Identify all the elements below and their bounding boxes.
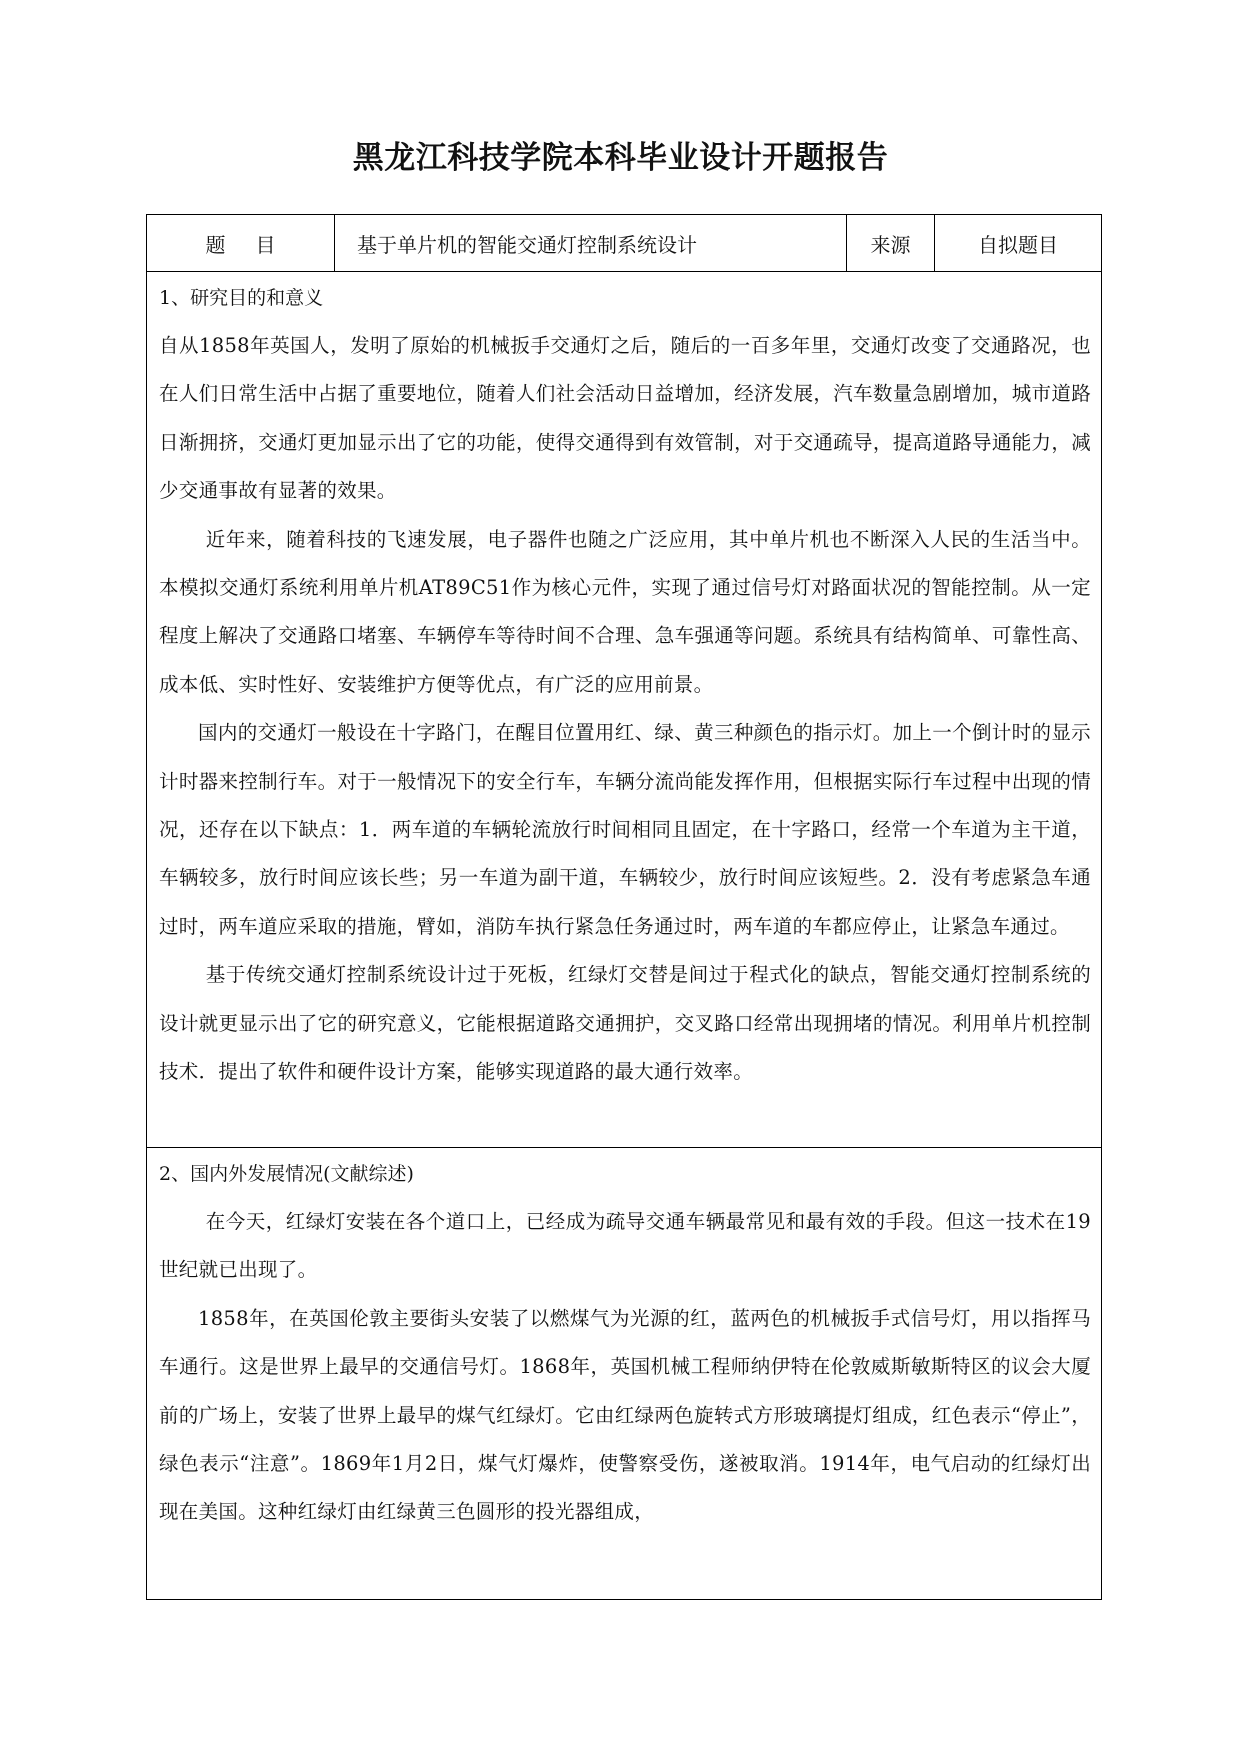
topic-row: 题目 基于单片机的智能交通灯控制系统设计 来源 自拟题目 [147, 215, 1101, 272]
topic-value: 基于单片机的智能交通灯控制系统设计 [335, 215, 847, 271]
source-value: 自拟题目 [935, 215, 1101, 271]
topic-label: 题目 [147, 215, 335, 271]
paragraph: 1858年，在英国伦敦主要街头安装了以燃煤气为光源的红，蓝两色的机械扳手式信号灯… [159, 1295, 1091, 1537]
paragraph: 自从1858年英国人，发明了原始的机械扳手交通灯之后，随后的一百多年里，交通灯改… [159, 322, 1091, 516]
report-table: 题目 基于单片机的智能交通灯控制系统设计 来源 自拟题目 1、研究目的和意义 自… [146, 214, 1102, 1600]
section-research-purpose: 1、研究目的和意义 自从1858年英国人，发明了原始的机械扳手交通灯之后，随后的… [147, 272, 1101, 1148]
section-heading: 2、国内外发展情况(文献综述) [159, 1150, 1091, 1198]
paragraph: 近年来，随着科技的飞速发展，电子器件也随之广泛应用，其中单片机也不断深入人民的生… [159, 516, 1091, 710]
section-literature-review: 2、国内外发展情况(文献综述) 在今天，红绿灯安装在各个道口上，已经成为疏导交通… [147, 1148, 1101, 1599]
source-label: 来源 [847, 215, 935, 271]
section-heading: 1、研究目的和意义 [159, 274, 1091, 322]
document-title: 黑龙江科技学院本科毕业设计开题报告 [0, 132, 1241, 177]
paragraph: 在今天，红绿灯安装在各个道口上，已经成为疏导交通车辆最常见和最有效的手段。但这一… [159, 1198, 1091, 1295]
paragraph: 国内的交通灯一般设在十字路门，在醒目位置用红、绿、黄三种颜色的指示灯。加上一个倒… [159, 709, 1091, 951]
paragraph: 基于传统交通灯控制系统设计过于死板，红绿灯交替是间过于程式化的缺点，智能交通灯控… [159, 951, 1091, 1096]
